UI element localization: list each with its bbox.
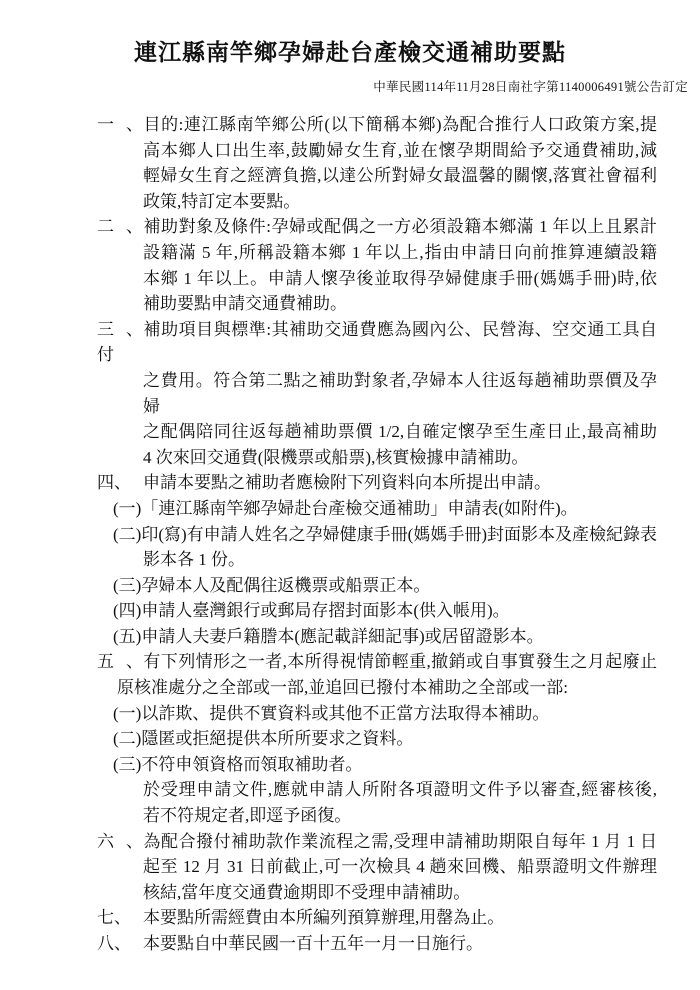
line-text: 申請本要點之補助者應檢附下列資料向本所提出申請。 xyxy=(143,473,551,492)
item-number: (二) xyxy=(113,525,141,544)
text-line: (一)「連江縣南竿鄉孕婦赴台產檢交通補助」申請表(如附件)。 xyxy=(0,496,700,522)
text-line: 起至 12 月 31 日前截止,可一次檢具 4 趟來回機、船票證明文件辦理 xyxy=(0,854,700,880)
text-line: 之費用。符合第二點之補助對象者,孕婦本人往返每趟補助票價及孕婦 xyxy=(0,368,700,419)
line-text: 孕婦本人及配偶往返機票或船票正本。 xyxy=(141,576,430,595)
section-subitem: (四)申請人臺灣銀行或郵局存摺封面影本(供入帳用)。 xyxy=(0,598,700,624)
text-line: (四)申請人臺灣銀行或郵局存摺封面影本(供入帳用)。 xyxy=(0,598,700,624)
line-text: 起至 12 月 31 日前截止,可一次檢具 4 趟來回機、船票證明文件辦理 xyxy=(143,857,657,876)
section-item: 三、補助項目與標準:其補助交通費應為國內公、民營海、空交通工具自付之費用。符合第… xyxy=(0,317,700,471)
line-text: 設籍滿 5 年,所稱設籍本鄉 1 年以上,指由申請日向前推算連續設籍 xyxy=(143,243,657,262)
section-subitem: (五)申請人夫妻戶籍謄本(應記載詳細記事)或居留證影本。 xyxy=(0,624,700,650)
section-item: 七、本要點所需經費由本所編列預算辦理,用罄為止。 xyxy=(0,905,700,931)
text-line: (二)隱匿或拒絕提供本所所要求之資料。 xyxy=(0,726,700,752)
document-body: 一、目的:連江縣南竿鄉公所(以下簡稱本鄉)為配合推行人口政策方案,提高本鄉人口出… xyxy=(0,112,700,957)
text-line: (一)以詐欺、提供不實資料或其他不正當方法取得本補助。 xyxy=(0,701,700,727)
line-text: 之費用。符合第二點之補助對象者,孕婦本人往返每趟補助票價及孕婦 xyxy=(143,371,657,416)
item-number: (二) xyxy=(113,729,141,748)
line-text: 不符申領資格而領取補助者。 xyxy=(141,755,362,774)
line-text: 高本鄉人口出生率,鼓勵婦女生育,並在懷孕期間給予交通費補助,減 xyxy=(143,141,657,160)
text-line: 之配偶陪同往返每趟補助票價 1/2,自確定懷孕至生產日止,最高補助 xyxy=(0,419,700,445)
item-number: (一) xyxy=(113,499,141,518)
line-text: 政策,特訂定本要點。 xyxy=(143,192,300,211)
issuance-note: 中華民國114年11月28日南社字第1140006491號公告訂定 xyxy=(0,78,700,96)
text-line: 設籍滿 5 年,所稱設籍本鄉 1 年以上,指由申請日向前推算連續設籍 xyxy=(0,240,700,266)
section-subitem: (一)以詐欺、提供不實資料或其他不正當方法取得本補助。 xyxy=(0,701,700,727)
line-text: 補助要點申請交通費補助。 xyxy=(143,294,347,313)
line-text: 輕婦女生育之經濟負擔,以達公所對婦女最溫馨的關懷,落實社會福利 xyxy=(143,166,657,185)
line-text: 目的:連江縣南竿鄉公所(以下簡稱本鄉)為配合推行人口政策方案,提 xyxy=(143,115,657,134)
section-item: 五、有下列情形之一者,本所得視情節輕重,撤銷或自事實發生之月起廢止 xyxy=(0,649,700,675)
text-line: 一、目的:連江縣南竿鄉公所(以下簡稱本鄉)為配合推行人口政策方案,提 xyxy=(0,112,700,138)
line-text: 本要點所需經費由本所編列預算辦理,用罄為止。 xyxy=(143,908,504,927)
item-number: 二、 xyxy=(97,214,143,240)
item-number: (五) xyxy=(113,627,141,646)
text-line: 二、補助對象及條件:孕婦或配偶之一方必須設籍本鄉滿 1 年以上且累計 xyxy=(0,214,700,240)
section-continuation: 原核准處分之全部或一部,並追回已撥付本補助之全部或一部: xyxy=(0,675,700,701)
item-number: 三、 xyxy=(97,317,143,343)
section-subitem: (三)孕婦本人及配偶往返機票或船票正本。 xyxy=(0,573,700,599)
item-number: 八、 xyxy=(97,931,143,957)
section-subitem: (一)「連江縣南竿鄉孕婦赴台產檢交通補助」申請表(如附件)。 xyxy=(0,496,700,522)
line-text: 核結,當年度交通費逾期即不受理申請補助。 xyxy=(143,883,470,902)
section-item: 八、本要點自中華民國一百十五年一月一日施行。 xyxy=(0,931,700,957)
section-continuation: 於受理申請文件,應就申請人所附各項證明文件予以審查,經審核後,若不符規定者,即逕… xyxy=(0,777,700,828)
text-line: 輕婦女生育之經濟負擔,以達公所對婦女最溫馨的關懷,落實社會福利 xyxy=(0,163,700,189)
item-number: 六、 xyxy=(97,829,143,855)
line-text: 「連江縣南竿鄉孕婦赴台產檢交通補助」申請表(如附件)。 xyxy=(141,499,577,518)
text-line: 於受理申請文件,應就申請人所附各項證明文件予以審查,經審核後, xyxy=(0,777,700,803)
text-line: (三)孕婦本人及配偶往返機票或船票正本。 xyxy=(0,573,700,599)
section-subitem: (二)印(寫)有申請人姓名之孕婦健康手冊(媽媽手冊)封面影本及產檢紀錄表影本各 … xyxy=(0,522,700,573)
line-text: 本鄉 1 年以上。申請人懷孕後並取得孕婦健康手冊(媽媽手冊)時,依 xyxy=(143,269,657,288)
text-line: 原核准處分之全部或一部,並追回已撥付本補助之全部或一部: xyxy=(0,675,700,701)
line-text: 影本各 1 份。 xyxy=(143,550,245,569)
section-subitem: (三)不符申領資格而領取補助者。 xyxy=(0,752,700,778)
item-number: (四) xyxy=(113,601,141,620)
document-page: 連江縣南竿鄉孕婦赴台產檢交通補助要點 中華民國114年11月28日南社字第114… xyxy=(0,0,700,990)
item-number: (三) xyxy=(113,755,141,774)
item-number: 一、 xyxy=(97,112,143,138)
line-text: 原核准處分之全部或一部,並追回已撥付本補助之全部或一部: xyxy=(117,678,568,697)
line-text: 印(寫)有申請人姓名之孕婦健康手冊(媽媽手冊)封面影本及產檢紀錄表 xyxy=(141,525,657,544)
text-line: 4 次來回交通費(限機票或船票),核實檢據申請補助。 xyxy=(0,445,700,471)
line-text: 本要點自中華民國一百十五年一月一日施行。 xyxy=(143,934,483,953)
text-line: 三、補助項目與標準:其補助交通費應為國內公、民營海、空交通工具自付 xyxy=(0,317,700,368)
text-line: (三)不符申領資格而領取補助者。 xyxy=(0,752,700,778)
text-line: 七、本要點所需經費由本所編列預算辦理,用罄為止。 xyxy=(0,905,700,931)
section-item: 一、目的:連江縣南竿鄉公所(以下簡稱本鄉)為配合推行人口政策方案,提高本鄉人口出… xyxy=(0,112,700,214)
line-text: 於受理申請文件,應就申請人所附各項證明文件予以審查,經審核後, xyxy=(143,780,657,799)
text-line: 本鄉 1 年以上。申請人懷孕後並取得孕婦健康手冊(媽媽手冊)時,依 xyxy=(0,266,700,292)
text-line: 影本各 1 份。 xyxy=(0,547,700,573)
line-text: 為配合撥付補助款作業流程之需,受理申請補助期限自每年 1 月 1 日 xyxy=(143,832,657,851)
section-item: 六、為配合撥付補助款作業流程之需,受理申請補助期限自每年 1 月 1 日起至 1… xyxy=(0,829,700,906)
line-text: 若不符規定者,即逕予函復。 xyxy=(143,806,351,825)
line-text: 以詐欺、提供不實資料或其他不正當方法取得本補助。 xyxy=(141,704,549,723)
item-number: (三) xyxy=(113,576,141,595)
item-number: 四、 xyxy=(97,470,143,496)
text-line: 補助要點申請交通費補助。 xyxy=(0,291,700,317)
line-text: 申請人臺灣銀行或郵局存摺封面影本(供入帳用)。 xyxy=(141,601,509,620)
line-text: 4 次來回交通費(限機票或船票),核實檢據申請補助。 xyxy=(143,448,528,467)
text-line: 四、申請本要點之補助者應檢附下列資料向本所提出申請。 xyxy=(0,470,700,496)
document-title: 連江縣南竿鄉孕婦赴台產檢交通補助要點 xyxy=(0,0,700,70)
line-text: 有下列情形之一者,本所得視情節輕重,撤銷或自事實發生之月起廢止 xyxy=(143,652,657,671)
text-line: 六、為配合撥付補助款作業流程之需,受理申請補助期限自每年 1 月 1 日 xyxy=(0,829,700,855)
section-item: 四、申請本要點之補助者應檢附下列資料向本所提出申請。 xyxy=(0,470,700,496)
text-line: (五)申請人夫妻戶籍謄本(應記載詳細記事)或居留證影本。 xyxy=(0,624,700,650)
section-subitem: (二)隱匿或拒絕提供本所所要求之資料。 xyxy=(0,726,700,752)
section-item: 二、補助對象及條件:孕婦或配偶之一方必須設籍本鄉滿 1 年以上且累計設籍滿 5 … xyxy=(0,214,700,316)
text-line: 若不符規定者,即逕予函復。 xyxy=(0,803,700,829)
text-line: 五、有下列情形之一者,本所得視情節輕重,撤銷或自事實發生之月起廢止 xyxy=(0,649,700,675)
line-text: 隱匿或拒絕提供本所所要求之資料。 xyxy=(141,729,413,748)
line-text: 補助項目與標準:其補助交通費應為國內公、民營海、空交通工具自付 xyxy=(97,320,657,365)
line-text: 補助對象及條件:孕婦或配偶之一方必須設籍本鄉滿 1 年以上且累計 xyxy=(143,217,657,236)
text-line: 八、本要點自中華民國一百十五年一月一日施行。 xyxy=(0,931,700,957)
text-line: (二)印(寫)有申請人姓名之孕婦健康手冊(媽媽手冊)封面影本及產檢紀錄表 xyxy=(0,522,700,548)
item-number: 五、 xyxy=(97,649,143,675)
text-line: 核結,當年度交通費逾期即不受理申請補助。 xyxy=(0,880,700,906)
item-number: 七、 xyxy=(97,905,143,931)
item-number: (一) xyxy=(113,704,141,723)
text-line: 政策,特訂定本要點。 xyxy=(0,189,700,215)
line-text: 申請人夫妻戶籍謄本(應記載詳細記事)或居留證影本。 xyxy=(141,627,543,646)
line-text: 之配偶陪同往返每趟補助票價 1/2,自確定懷孕至生產日止,最高補助 xyxy=(143,422,657,441)
text-line: 高本鄉人口出生率,鼓勵婦女生育,並在懷孕期間給予交通費補助,減 xyxy=(0,138,700,164)
